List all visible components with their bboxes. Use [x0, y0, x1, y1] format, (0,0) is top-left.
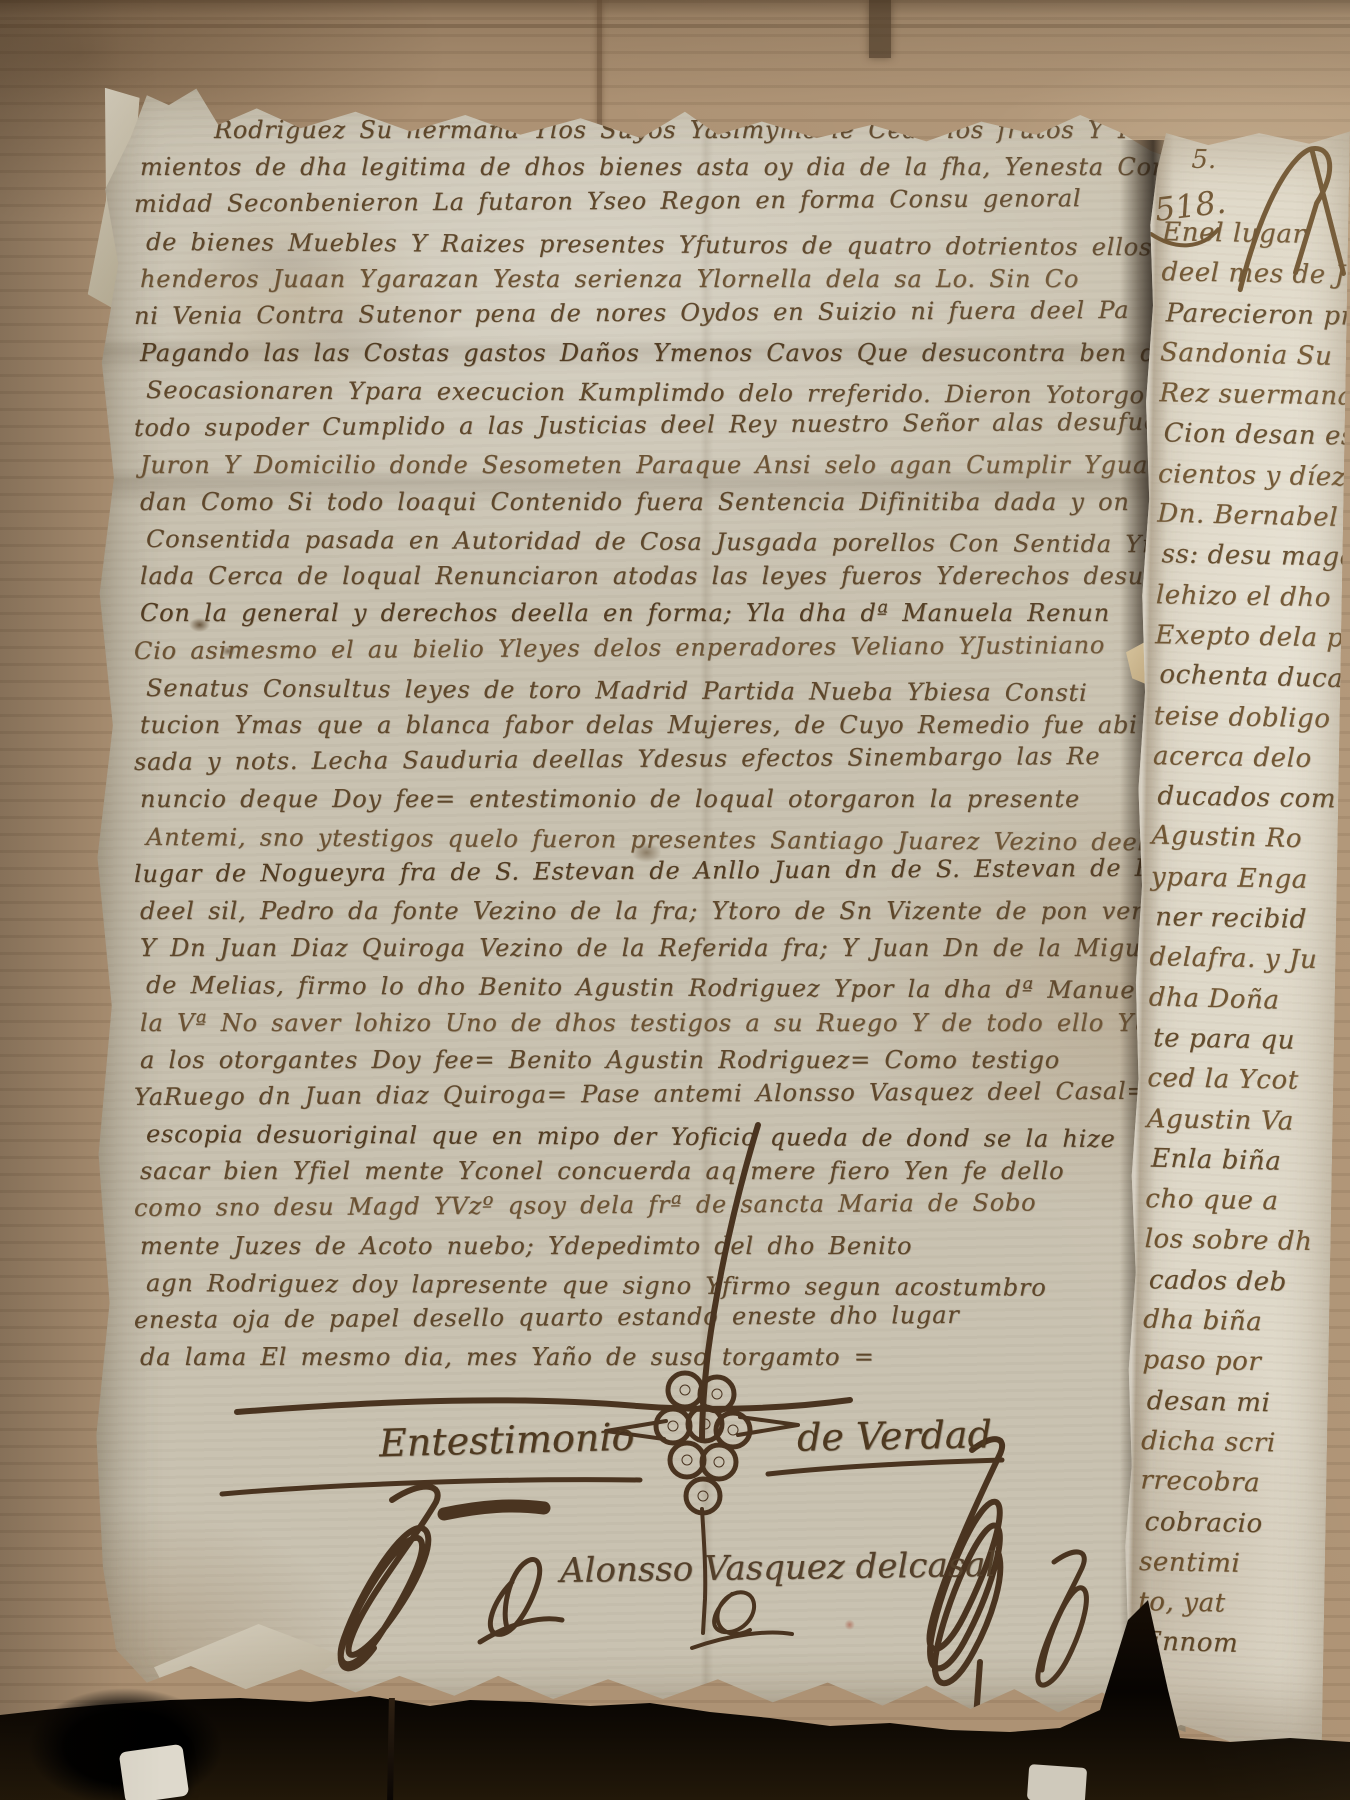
- manuscript-line: Juron Y Domicilio donde Sesometen Paraqu…: [140, 447, 1174, 484]
- right-page-line: ypara Enga: [1151, 857, 1338, 901]
- heavy-ink-dash: [444, 1506, 544, 1514]
- manuscript-line: como sno desu Magd YVzº qsoy dela frª de…: [134, 1184, 1174, 1228]
- manuscript-line: de bienes Muebles Y Raizes presentes Yfu…: [146, 224, 1174, 267]
- margin-number-small: 5.: [1191, 145, 1216, 175]
- right-page-line: Enla biña: [1151, 1138, 1333, 1183]
- manuscript-line: Pagando las las Costas gastos Daños Ymen…: [140, 335, 1174, 372]
- manuscript-line: escopia desuoriginal que en mipo der Yof…: [146, 1116, 1174, 1159]
- manuscript-line: sada y nots. Lecha Sauduria deellas Ydes…: [134, 738, 1174, 782]
- right-page-line: ducados com: [1157, 776, 1339, 819]
- rule-below-right: [768, 1460, 1002, 1474]
- attestation-right-text: de Verdad: [797, 1412, 993, 1459]
- right-page-line: Cion desan este: [1163, 414, 1345, 457]
- right-page-line: Enel lugar: [1162, 212, 1349, 256]
- right-page-line: Rez suermana: [1159, 373, 1346, 417]
- right-page-line: delafra. y Ju: [1149, 937, 1336, 981]
- attestation-left-text: Entestimonio: [378, 1415, 634, 1466]
- right-page-line: Parecieron prese: [1165, 293, 1347, 336]
- manuscript-line: Consentida pasada en Autoridad de Cosa J…: [146, 521, 1174, 564]
- right-page-line: cientos y díez: [1158, 454, 1345, 498]
- manuscript-page-left: Rodriguez Su hermana Ylos Suyos Yasimymo…: [92, 82, 1190, 1732]
- manuscript-page-right: 5. 518. Enel lugardeel mes de JunioParec…: [1120, 128, 1350, 1743]
- manuscript-line: lada Cerca de loqual Renunciaron atodas …: [140, 558, 1174, 595]
- right-page-line: teise dobligo a: [1153, 696, 1340, 740]
- manuscript-line: dan Como Si todo loaqui Contenido fuera …: [140, 484, 1174, 521]
- manuscript-line: de Melias, firmo lo dho Benito Agustin R…: [146, 967, 1174, 1010]
- manuscript-line: deel sil, Pedro da fonte Vezino de la fr…: [140, 893, 1174, 930]
- right-page-line: cados deb: [1149, 1260, 1331, 1303]
- right-page-line: to, yat: [1138, 1582, 1325, 1626]
- signature-paraph: [692, 1592, 792, 1648]
- right-page-line: ced la Ycot: [1147, 1058, 1334, 1102]
- right-page-line: ss: desu magestad: [1161, 535, 1343, 578]
- manuscript-line: Cio asimesmo el au bielio Yleyes delos e…: [134, 626, 1174, 670]
- right-page-line: cobracio: [1144, 1502, 1326, 1545]
- manuscript-line: da lama El mesmo dia, mes Yaño de suso t…: [140, 1339, 1174, 1376]
- manuscript-line: midad Seconbenieron La futaron Yseo Rego…: [134, 180, 1174, 224]
- manuscript-line: YaRuego dn Juan diaz Quiroga= Pase antem…: [134, 1073, 1174, 1117]
- rubric-flourish-left: [341, 1487, 438, 1669]
- right-page-line: Sandonia Su: [1160, 332, 1347, 377]
- manuscript-line: nuncio deque Doy fee= entestimonio de lo…: [140, 781, 1174, 818]
- right-page-text-block: Enel lugardeel mes de JunioParecieron pr…: [1137, 212, 1348, 1666]
- manuscript-line: la Vª No saver lohizo Uno de dhos testig…: [140, 1005, 1174, 1042]
- manuscript-line: Y Dn Juan Diaz Quiroga Vezino de la Refe…: [140, 930, 1174, 967]
- manuscript-line: lugar de Nogueyra fra de S. Estevan de A…: [134, 849, 1174, 893]
- right-page-line: dicha scri: [1141, 1421, 1328, 1465]
- rubric-flourish-far-right: [1038, 1552, 1087, 1685]
- manuscript-line: enesta oja de papel desello quarto estan…: [134, 1296, 1174, 1340]
- rule-above-attestation: [237, 1400, 850, 1412]
- right-page-line: te para qu: [1153, 1018, 1335, 1061]
- right-page-line: lehizo el dho: [1155, 575, 1342, 619]
- right-page-line: cho que a: [1145, 1179, 1332, 1223]
- manuscript-line: ni Venia Contra Sutenor pena de nores Oy…: [134, 292, 1174, 336]
- photo-scene: Rodriguez Su hermana Ylos Suyos Yasimymo…: [0, 0, 1350, 1800]
- right-page-line: ner recibid: [1155, 897, 1337, 940]
- right-page-line: Exepto dela pa: [1155, 615, 1342, 659]
- manuscript-line: Senatus Consultus leyes de toro Madrid P…: [146, 670, 1174, 713]
- right-page-line: dha Doña: [1148, 977, 1335, 1022]
- right-page-line: Agustin Va: [1146, 1099, 1333, 1143]
- cardboard-shadow-band: [869, 0, 891, 58]
- right-page-line: los sobre dh: [1144, 1220, 1331, 1264]
- rule-below-left: [222, 1480, 640, 1494]
- cardboard-seam-horizontal: [0, 24, 1350, 28]
- manuscript-line: todo supoder Cumplido a las Justicias de…: [134, 403, 1174, 447]
- support-clip-left: [119, 1744, 190, 1800]
- right-page-line: dha biña: [1143, 1299, 1330, 1344]
- right-page-line: ochenta ducad: [1159, 655, 1341, 700]
- right-page-line: Ennom: [1142, 1622, 1324, 1667]
- right-page-line: rrecobra: [1140, 1461, 1327, 1506]
- right-page-line: sentimi: [1139, 1542, 1326, 1586]
- right-page-line: acerca delo: [1153, 736, 1340, 780]
- right-page-line: desan mi: [1146, 1381, 1328, 1424]
- manuscript-text-block: Rodriguez Su hermana Ylos Suyos Yasimymo…: [128, 112, 1174, 1376]
- right-page-line: deel mes de Junio: [1161, 253, 1348, 297]
- right-page-line: Dn. Bernabel: [1157, 494, 1344, 539]
- right-page-line: Agustin Ro: [1151, 816, 1338, 861]
- manuscript-line: mente Juzes de Acoto nuebo; Ydepedimto d…: [140, 1228, 1174, 1265]
- right-page-line: paso por: [1142, 1340, 1329, 1384]
- notary-signature: Alonsso Vasquez delcasal: [560, 1545, 997, 1591]
- support-clip-right: [1027, 1764, 1087, 1800]
- signature-initial-flourish: [480, 1560, 562, 1642]
